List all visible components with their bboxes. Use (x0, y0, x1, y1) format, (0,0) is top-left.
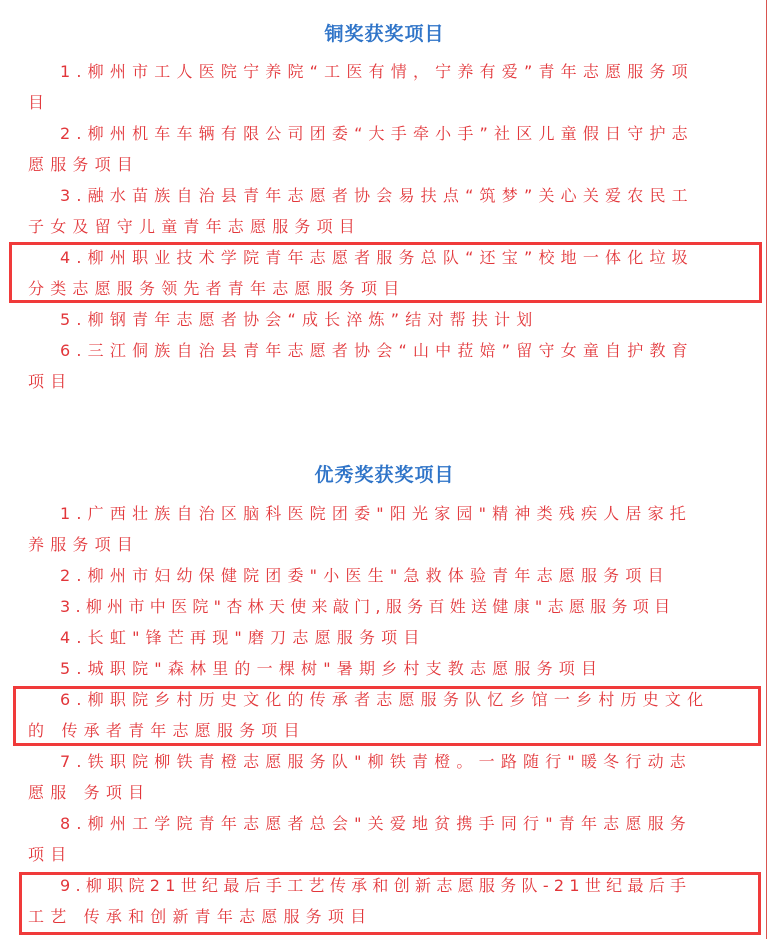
bronze-item-1-line-1: 1.柳州市工人医院宁养院“工医有情，宁养有爱”青年志愿服务项 (60, 62, 694, 82)
excellence-item-1-line-2: 养服务项目 (28, 535, 139, 555)
excellence-item-1-line-1: 1.广西壮族自治区脑科医院团委"阳光家园"精神类残疾人居家托 (60, 504, 692, 524)
section-title-bronze: 铜奖获奖项目 (0, 19, 769, 46)
truncated-next-line (0, 934, 769, 939)
excellence-item-7-line-2: 愿服 务项目 (28, 783, 150, 803)
excellence-item-4-line-1: 4.长虹"锋芒再现"磨刀志愿服务项目 (60, 628, 426, 648)
excellence-item-6-line-1: 6.柳职院乡村历史文化的传承者志愿服务队忆乡馆一乡村历史文化 (60, 690, 709, 710)
bronze-item-3-line-2: 子女及留守儿童青年志愿服务项目 (28, 217, 361, 237)
excellence-item-9-line-1: 9.柳职院21世纪最后手工艺传承和创新志愿服务队-21世纪最后手 (60, 876, 691, 896)
bronze-item-4-line-2: 分类志愿服务领先者青年志愿服务项目 (28, 279, 405, 299)
bronze-item-6-line-1: 6.三江侗族自治县青年志愿者协会“山中菈婄”留守女童自护教育 (60, 341, 694, 361)
bronze-item-2-line-2: 愿服务项目 (28, 155, 139, 175)
bronze-item-1-line-2: 目 (28, 93, 50, 113)
excellence-item-5-line-1: 5.城职院"森林里的一棵树"暑期乡村支教志愿服务项目 (60, 659, 603, 679)
excellence-item-8-line-2: 项目 (28, 845, 72, 865)
excellence-item-3-line-1: 3.柳州市中医院"杏林天使来敲门,服务百姓送健康"志愿服务项目 (60, 597, 675, 617)
excellence-item-9-line-2: 工艺 传承和创新青年志愿服务项目 (28, 907, 372, 927)
excellence-item-8-line-1: 8.柳州工学院青年志愿者总会"关爱地贫携手同行"青年志愿服务 (60, 814, 692, 834)
excellence-item-2-line-1: 2.柳州市妇幼保健院团委"小医生"急救体验青年志愿服务项目 (60, 566, 670, 586)
section-title-excellence: 优秀奖获奖项目 (0, 460, 769, 487)
excellence-item-6-line-2: 的 传承者青年志愿服务项目 (28, 721, 306, 741)
excellence-item-7-line-1: 7.铁职院柳铁青橙志愿服务队"柳铁青橙。一路随行"暖冬行动志 (60, 752, 692, 772)
bronze-item-5-line-1: 5.柳钢青年志愿者协会“成长淬炼”结对帮扶计划 (60, 310, 538, 330)
bronze-item-6-line-2: 项目 (28, 372, 72, 392)
bronze-item-3-line-1: 3.融水苗族自治县青年志愿者协会易扶点“筑梦”关心关爱农民工 (60, 186, 694, 206)
bronze-item-4-line-1: 4.柳州职业技术学院青年志愿者服务总队“还宝”校地一体化垃圾 (60, 248, 694, 268)
bronze-item-2-line-1: 2.柳州机车车辆有限公司团委“大手牵小手”社区儿童假日守护志 (60, 124, 694, 144)
